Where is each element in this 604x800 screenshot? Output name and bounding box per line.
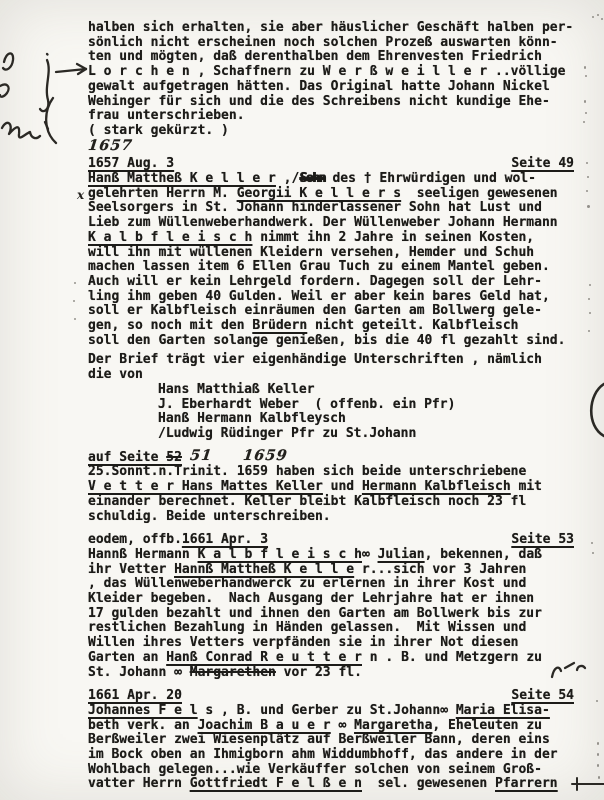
handwritten-note: 1657: [87, 139, 133, 154]
text-segment: Wohlbach gelegen...wie Verkäuffer solche…: [88, 762, 542, 777]
text-segment: beth verk. an: [88, 718, 198, 733]
text-segment: Maria Elisa-: [456, 703, 550, 718]
text-segment: Lieb zum Wüllenweberhandwerk. Der Wüllen…: [88, 215, 558, 230]
text-line: K a l b f l e i s c h nimmt ihn 2 Jahre …: [88, 231, 574, 246]
ink-speck: [584, 100, 586, 103]
text-segment: s , B. und Gerber zu St.Johann∞: [198, 703, 456, 718]
text-line: 1657: [88, 140, 574, 156]
document-text: halben sich erhalten, sie aber häusliche…: [88, 21, 574, 792]
edge-circle-mark-icon: [584, 380, 604, 440]
text-segment: schuldig. Beide unterschreiben.: [88, 509, 331, 524]
text-line: restlichen Bezahlung in Händen gelassen.…: [88, 621, 574, 636]
ink-speck: [585, 75, 587, 77]
text-line: im Bock oben an Ihmigborn ahm Widdumbhof…: [88, 748, 574, 763]
text-line: L o r c h e n , Schaffnern zu W e r ß w …: [88, 65, 574, 80]
text-segment: ten und mögten, daß derenthalben dem Ehr…: [88, 49, 542, 64]
handwritten-note: 51: [189, 449, 213, 464]
handwritten-year-line: 1657: [88, 140, 574, 156]
text-segment: [212, 450, 243, 465]
text-line: soll er Kalbfleisch einräumen den Garten…: [88, 304, 574, 319]
text-segment: 1661 Apr. 3: [182, 532, 268, 547]
ink-speck: [589, 312, 591, 314]
text-segment: /Ludwig Rüdinger Pfr zu St.Johann: [158, 426, 416, 441]
text-line: Hans Matthiaß Keller: [158, 383, 574, 398]
text-line: , das Wüllenweberhandwerck zu erlernen i…: [88, 577, 574, 592]
text-segment: und: [323, 479, 362, 494]
text-segment: Hannß Mattheß K e l l e: [174, 562, 354, 577]
text-segment: vor 23 fl.: [276, 665, 362, 680]
text-segment: eodem, offb.: [88, 532, 182, 547]
text-line: frau unterschrieben.: [88, 109, 574, 124]
text-line: schuldig. Beide unterschreiben.: [88, 510, 574, 525]
text-segment: ∞: [331, 718, 354, 733]
text-line: J. Eberhardt Weber ( offenb. ein Pfr): [158, 398, 574, 413]
text-line: Johannes F e l s , B. und Gerber zu St.J…: [88, 704, 574, 719]
text-segment: Hanß Hermann Kalbfleysch: [158, 411, 346, 426]
text-segment: L o r c h e n , Schaffnern zu W e r ß w …: [88, 64, 565, 79]
text-line: Auch will er kein Lehrgeld fordern. Dage…: [88, 275, 574, 290]
text-segment: Brüdern: [252, 318, 307, 333]
intro-paragraph: halben sich erhalten, sie aber häusliche…: [88, 21, 574, 139]
text-segment: J. Eberhardt Weber ( offenb. ein Pfr): [158, 397, 455, 412]
text-line: 25.Sonnt.n.Trinit. 1659 haben sich beide…: [88, 465, 574, 480]
text-line: gewalt aufgetragen hätten. Das Original …: [88, 80, 574, 95]
signatures: Hans Matthiaß KellerJ. Eberhardt Weber (…: [88, 383, 574, 442]
entry-1661apr3-heading: eodem, offb.1661 Apr. 3Seite 53: [88, 533, 574, 548]
text-segment: Wehinger für sich und die des Schreibens…: [88, 94, 550, 109]
text-segment: vatter Herrn: [88, 776, 190, 791]
text-line: St. Johann ∞ Margarethen vor 23 fl.: [88, 666, 574, 681]
signature-intro: Der Brief trägt vier eigenhändige Unters…: [88, 353, 574, 382]
text-line: Berßweiler zwei Wiesenplätz auf Berßweil…: [88, 733, 574, 748]
text-segment: 1657 Aug. 3: [88, 156, 174, 171]
text-segment: ,/: [276, 171, 299, 186]
text-line: V e t t e r Hans Mattes Keller und Herma…: [88, 480, 574, 495]
text-segment: auf Seite: [88, 450, 166, 465]
text-segment: 17 gulden bezahlt und ihnen den Garten a…: [88, 606, 542, 621]
ink-speck: [587, 176, 589, 178]
text-segment: will ihn mit wüllenen Kleidern versehen,…: [88, 245, 534, 260]
ink-speck: [592, 552, 594, 554]
text-line: vatter Herrn Gottfriedt F e l ß e n sel.…: [88, 777, 574, 792]
text-segment: Der Brief trägt vier eigenhändige Unters…: [88, 352, 542, 367]
ink-speck: [597, 753, 599, 756]
text-segment: Julian: [378, 547, 425, 562]
text-segment: die von: [88, 367, 143, 382]
ink-speck: [586, 190, 588, 192]
text-line: soll den Garten solange genießen, bis di…: [88, 334, 574, 349]
ink-speck: [585, 112, 587, 114]
text-segment: , bekennen, daß: [425, 547, 542, 562]
text-line: /Ludwig Rüdinger Pfr zu St.Johann: [158, 427, 574, 442]
text-segment: sel. gewesenen: [362, 776, 495, 791]
text-segment: K a l b f l e i s c h: [88, 230, 252, 245]
ink-speck: [588, 298, 590, 300]
text-segment: soll den Garten solange genießen, bis di…: [88, 333, 565, 348]
ink-speck: [601, 18, 603, 20]
text-segment: Seite 54: [511, 688, 574, 703]
text-segment: gen, so noch mit den: [88, 318, 252, 333]
text-segment: restlichen Bezahlung in Händen gelassen.…: [88, 620, 526, 635]
text-segment: nimmt ihn 2 Jahre in seinen Kosten,: [252, 230, 534, 245]
text-segment: , das Wüllenweberhandwerck zu erlernen i…: [88, 576, 526, 591]
ink-speck: [74, 282, 76, 284]
text-segment: des † Ehrwürdigen und wol-: [325, 171, 536, 186]
heading-page-ref: Seite 54: [511, 689, 574, 704]
entry-1661apr20-body: Johannes F e l s , B. und Gerber zu St.J…: [88, 704, 574, 792]
heading-left: 1657 Aug. 3: [88, 157, 174, 172]
text-segment: Hermann Kalbfleisch: [362, 479, 511, 494]
text-line: Wehinger für sich und die des Schreibens…: [88, 95, 574, 110]
text-segment: Margarethen: [190, 665, 276, 680]
text-segment: Seelsorgers in St. Johann hinderlassener…: [88, 200, 542, 215]
text-segment: mit: [511, 479, 542, 494]
text-line: Garten an Hanß Conrad R e u t t e r n . …: [88, 651, 574, 666]
scanned-document-page: x halben sich erhalten, sie aber häuslic…: [0, 0, 604, 800]
text-segment: frau unterschrieben.: [88, 108, 245, 123]
text-segment: Hans Matthiaß Keller: [158, 382, 315, 397]
text-line: Seelsorgers in St. Johann hinderlassener…: [88, 201, 574, 216]
ink-speck: [596, 700, 598, 702]
text-segment: machen lassen item 6 Ellen Grau Tuch zu …: [88, 259, 550, 274]
text-segment: ( stark gekürzt. ): [88, 123, 229, 138]
text-segment: Joachim B a u e r: [198, 718, 331, 733]
entry-1659-body: 25.Sonnt.n.Trinit. 1659 haben sich beide…: [88, 465, 574, 524]
heading-page-ref: Seite 53: [511, 533, 574, 548]
text-segment: K a l b f l e i s c h: [198, 547, 362, 562]
ink-speck: [584, 66, 586, 69]
text-segment: n . B. und Metzgern zu: [362, 650, 542, 665]
ink-speck: [597, 742, 599, 745]
text-segment: Pfarrern: [495, 776, 558, 791]
ink-speck: [592, 16, 594, 18]
text-segment: Auch will er kein Lehrgeld fordern. Dage…: [88, 274, 542, 289]
entry-1661apr20-heading: 1661 Apr. 20Seite 54: [88, 689, 574, 704]
heading-left: eodem, offb.1661 Apr. 3: [88, 533, 268, 548]
text-line: gen, so noch mit den Brüdern nicht getei…: [88, 319, 574, 334]
ink-speck: [598, 776, 600, 779]
text-segment: einander berechnet. Keller bleibt Kalbfl…: [88, 494, 526, 509]
ink-speck: [588, 330, 590, 332]
text-line: ( stark gekürzt. ): [88, 124, 574, 139]
text-segment: Garten an: [88, 650, 166, 665]
ink-speck: [597, 764, 599, 767]
text-segment: sönlich nicht erscheinen noch solchen Pr…: [88, 35, 558, 50]
text-segment: Kleider begeben. Nach Ausgang der Lehrja…: [88, 591, 534, 606]
text-segment: ∞: [362, 547, 378, 562]
text-segment: ihr Vetter: [88, 562, 174, 577]
text-segment: ling ihm geben 40 Gulden. Weil er aber k…: [88, 289, 550, 304]
text-line: machen lassen item 6 Ellen Grau Tuch zu …: [88, 260, 574, 275]
text-segment: r...sich vor 3 Jahren: [354, 562, 526, 577]
ink-speck: [591, 542, 593, 544]
ink-speck: [583, 121, 585, 123]
text-line: einander berechnet. Keller bleibt Kalbfl…: [88, 495, 574, 510]
text-segment: nicht geteilt. Kalbfleisch: [307, 318, 518, 333]
insert-mark: x: [77, 188, 84, 203]
text-segment: seeligen gewesenen: [401, 186, 558, 201]
text-line: Hannß Hermann K a l b f l e i s c h∞ Jul…: [88, 548, 574, 563]
text-line: Willen ihres Vetters verpfänden sie in i…: [88, 636, 574, 651]
entry-1657aug3-heading: 1657 Aug. 3Seite 49: [88, 157, 574, 172]
ink-speck: [586, 162, 588, 164]
text-line: Kleider begeben. Nach Ausgang der Lehrja…: [88, 592, 574, 607]
text-segment: gewalt aufgetragen hätten. Das Original …: [88, 79, 550, 94]
text-segment: St. Johann ∞: [88, 665, 190, 680]
text-segment: Willen ihres Vetters verpfänden sie in i…: [88, 635, 518, 650]
text-segment: 1661 Apr. 20: [88, 688, 182, 703]
ink-speck: [74, 318, 76, 320]
text-segment: soll er Kalbfleisch einräumen den Garten…: [88, 303, 542, 318]
text-segment: Seite 53: [511, 532, 574, 547]
text-line: die von: [88, 368, 574, 383]
ink-speck: [597, 14, 599, 16]
text-segment: Margaretha: [354, 718, 432, 733]
ink-speck: [589, 284, 591, 286]
text-line: Hanß Hermann Kalbfleysch: [158, 412, 574, 427]
text-segment: Georgii K e l l e r s: [237, 186, 401, 201]
heading-left: 1661 Apr. 20: [88, 689, 182, 704]
text-segment: Hannß Hermann: [88, 547, 198, 562]
text-line: Hanß Mattheß K e l l e r ,/Sohn des † Eh…: [88, 172, 574, 187]
text-segment: Gottfriedt F e l ß e n: [190, 776, 362, 791]
text-segment: gelehrten Herrn M.: [88, 186, 237, 201]
text-segment: Hanß Conrad R e u t t e r: [166, 650, 362, 665]
text-line: ten und mögten, daß derenthalben dem Ehr…: [88, 50, 574, 65]
text-line: Der Brief trägt vier eigenhändige Unters…: [88, 353, 574, 368]
text-segment: Berßweiler zwei Wiesenplätz auf Berßweil…: [88, 732, 550, 747]
text-segment: Seite 49: [511, 156, 574, 171]
text-segment: V e t t e r Hans Mattes Keller: [88, 479, 323, 494]
text-line: Lieb zum Wüllenweberhandwerk. Der Wüllen…: [88, 216, 574, 231]
entry-1657aug3-body: Hanß Mattheß K e l l e r ,/Sohn des † Eh…: [88, 172, 574, 348]
text-segment: Johannes F e l: [88, 703, 198, 718]
text-segment: , Eheleuten zu: [432, 718, 542, 733]
text-segment: halben sich erhalten, sie aber häusliche…: [88, 20, 573, 35]
text-segment: 52: [166, 450, 182, 465]
text-line: halben sich erhalten, sie aber häusliche…: [88, 21, 574, 36]
heading-page-ref: Seite 49: [511, 157, 574, 172]
text-segment: im Bock oben an Ihmigborn ahm Widdumbhof…: [88, 747, 558, 762]
text-segment: Hanß Mattheß K e l l e r: [88, 171, 276, 186]
entry-1661apr3-body: Hannß Hermann K a l b f l e i s c h∞ Jul…: [88, 548, 574, 680]
ink-speck: [73, 300, 75, 302]
ink-speck: [587, 205, 590, 208]
text-segment: Sohn: [299, 171, 324, 186]
margin-arrow-icon: [55, 62, 89, 78]
handwritten-note: 1659: [242, 449, 288, 464]
text-segment: 25.Sonnt.n.Trinit. 1659 haben sich beide…: [88, 464, 526, 479]
